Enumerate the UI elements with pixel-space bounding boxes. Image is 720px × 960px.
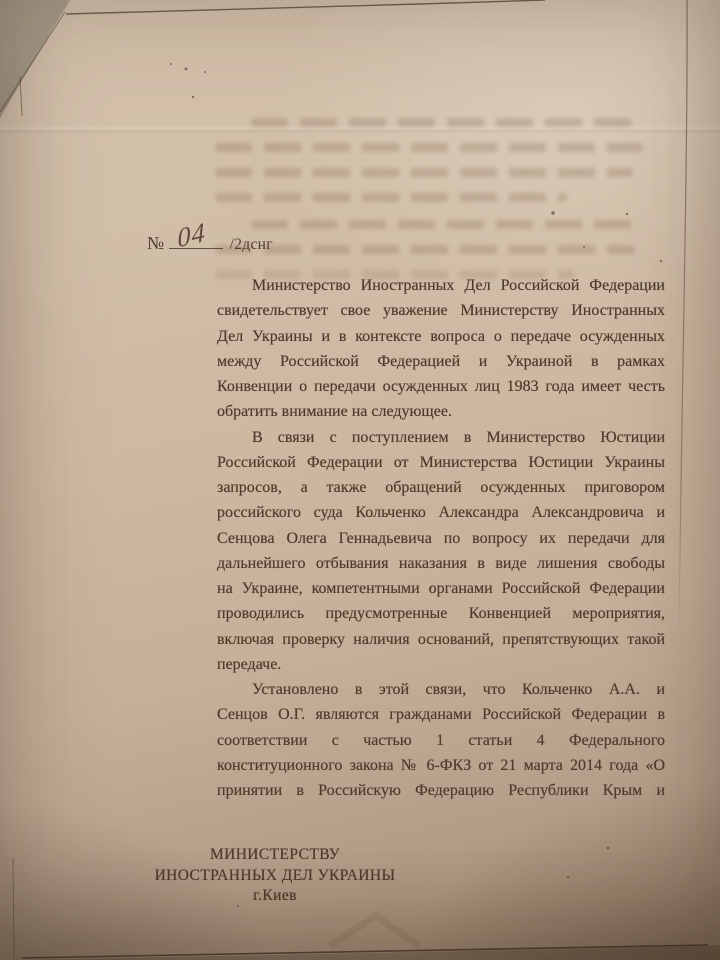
paragraph: Министерство Иностранных Дел Российской … [217,273,665,425]
ref-no-symbol: № [147,233,164,253]
body-line: Дел Украины и в контексте вопроса о пере… [217,324,665,349]
body-line: В связи с поступлением в Министерство Юс… [217,425,665,450]
body-line: свидетельствует свое уважение Министерст… [217,298,665,323]
left-page-edge [13,858,14,958]
body-line: конституционного закона № 6-ФКЗ от 21 ма… [217,753,665,778]
recipient-address-block: МИНИСТЕРСТВУ ИНОСТРАННЫХ ДЕЛ УКРАИНЫ г.К… [105,845,445,907]
body-line: дальнейшего отбывания наказания в виде л… [217,551,665,576]
body-line: проводились предусмотренные Конвенцией м… [217,601,665,626]
recipient-line-1: МИНИСТЕРСТВУ [105,845,445,866]
body-line: Министерство Иностранных Дел Российской … [217,273,665,298]
reference-number-row: № 04 /2дснг [147,230,273,260]
ref-underline: 04 [169,230,223,249]
recipient-line-3: г.Киев [105,886,445,907]
table-shadow [22,945,720,960]
paper-crease-highlight [0,124,720,134]
right-page-crease [679,0,687,640]
embossed-watermark [330,916,420,946]
page-bottom-edge [22,945,708,958]
ref-number-handwritten: 04 [177,217,207,255]
photographed-document-page: № 04 /2дснг Министерство Иностранных Дел… [0,0,720,960]
body-line: включая проверку наличия оснований, преп… [217,627,665,652]
body-line: на Украине, компетентными органами Росси… [217,576,665,601]
body-line: соответствии с частью 1 статьи 4 Федерал… [217,728,665,753]
body-line: российского суда Кольченко Александра Ал… [217,500,665,525]
body-line: Конвенции о передачи осужденных лиц 1983… [217,374,665,399]
body-line: принятии в Российскую Федерацию Республи… [217,778,665,803]
ref-suffix: /2дснг [230,236,273,253]
body-line: обратить внимание на следующее. [217,399,665,424]
body-line: передаче. [217,652,665,677]
document-body: Министерство Иностранных Дел Российской … [217,273,665,803]
body-line: Установлено в этой связи, что Кольченко … [217,677,665,702]
page-top-edge [66,0,545,14]
body-line: Сенцов О.Г. являются гражданами Российск… [217,702,665,727]
recipient-line-2: ИНОСТРАННЫХ ДЕЛ УКРАИНЫ [105,866,445,887]
paragraph: Установлено в этой связи, что Кольченко … [217,677,665,803]
folded-corner [0,0,70,118]
body-line: Российской Федерации от Министерства Юст… [217,450,665,475]
body-line: запросов, а также обращений осужденных п… [217,475,665,500]
paragraph: В связи с поступлением в Министерство Юс… [217,425,665,678]
body-line: Сенцова Олега Геннадьевича по вопросу их… [217,526,665,551]
body-line: между Российской Федерацией и Украиной в… [217,349,665,374]
